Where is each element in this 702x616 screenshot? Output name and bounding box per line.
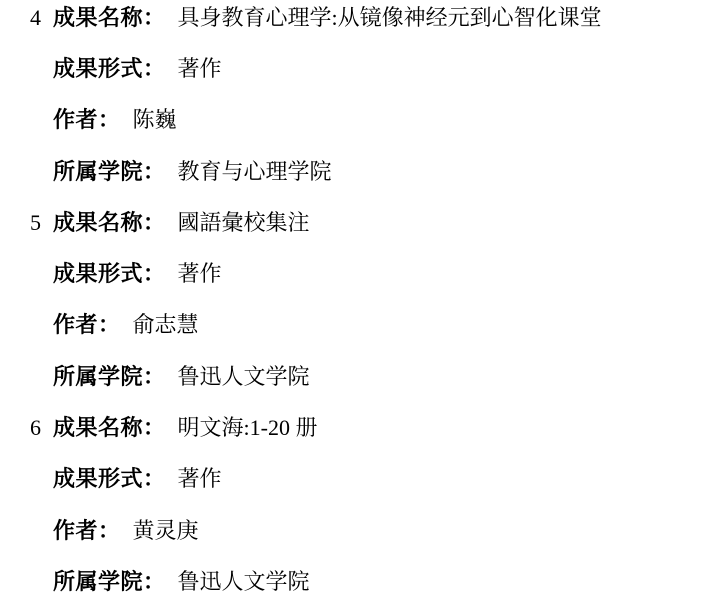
name-value: 國語彙校集注 xyxy=(178,212,310,234)
achievements-list: 4 成果名称： 具身教育心理学:从镜像神经元到心智化课堂 成果形式： 著作 作者… xyxy=(0,0,702,608)
author-value: 俞志慧 xyxy=(133,314,199,336)
college-label: 所属学院： xyxy=(53,161,166,183)
college-label: 所属学院： xyxy=(53,366,166,388)
form-value: 著作 xyxy=(178,468,222,490)
name-value: 具身教育心理学:从镜像神经元到心智化课堂 xyxy=(178,7,602,29)
name-label: 成果名称： xyxy=(53,212,166,234)
entry-6-name-row: 6 成果名称： 明文海:1-20 册 xyxy=(0,402,702,453)
form-value: 著作 xyxy=(178,58,222,80)
form-label: 成果形式： xyxy=(53,58,166,80)
college-value: 鲁迅人文学院 xyxy=(178,366,310,388)
entry-5-form-row: 成果形式： 著作 xyxy=(0,248,702,299)
entry-number: 5 xyxy=(30,212,41,234)
name-label: 成果名称： xyxy=(53,417,166,439)
entry-4-college-row: 所属学院： 教育与心理学院 xyxy=(0,146,702,197)
entry-4-author-row: 作者： 陈巍 xyxy=(0,95,702,146)
entry-5-name-row: 5 成果名称： 國語彙校集注 xyxy=(0,197,702,248)
author-value: 黄灵庚 xyxy=(133,520,199,542)
entry-5-college-row: 所属学院： 鲁迅人文学院 xyxy=(0,351,702,402)
form-value: 著作 xyxy=(178,263,222,285)
author-label: 作者： xyxy=(53,520,121,542)
college-value: 教育与心理学院 xyxy=(178,161,332,183)
author-label: 作者： xyxy=(53,109,121,131)
entry-6-college-row: 所属学院： 鲁迅人文学院 xyxy=(0,556,702,607)
college-value: 鲁迅人文学院 xyxy=(178,571,310,593)
name-label: 成果名称： xyxy=(53,7,166,29)
entry-number: 6 xyxy=(30,417,41,439)
entry-6-author-row: 作者： 黄灵庚 xyxy=(0,505,702,556)
form-label: 成果形式： xyxy=(53,468,166,490)
entry-number: 4 xyxy=(30,7,41,29)
entry-5-author-row: 作者： 俞志慧 xyxy=(0,300,702,351)
name-value: 明文海:1-20 册 xyxy=(178,417,318,439)
form-label: 成果形式： xyxy=(53,263,166,285)
entry-4-name-row: 4 成果名称： 具身教育心理学:从镜像神经元到心智化课堂 xyxy=(0,0,702,43)
author-label: 作者： xyxy=(53,314,121,336)
author-value: 陈巍 xyxy=(133,109,177,131)
entry-6-form-row: 成果形式： 著作 xyxy=(0,454,702,505)
college-label: 所属学院： xyxy=(53,571,166,593)
entry-4-form-row: 成果形式： 著作 xyxy=(0,43,702,94)
